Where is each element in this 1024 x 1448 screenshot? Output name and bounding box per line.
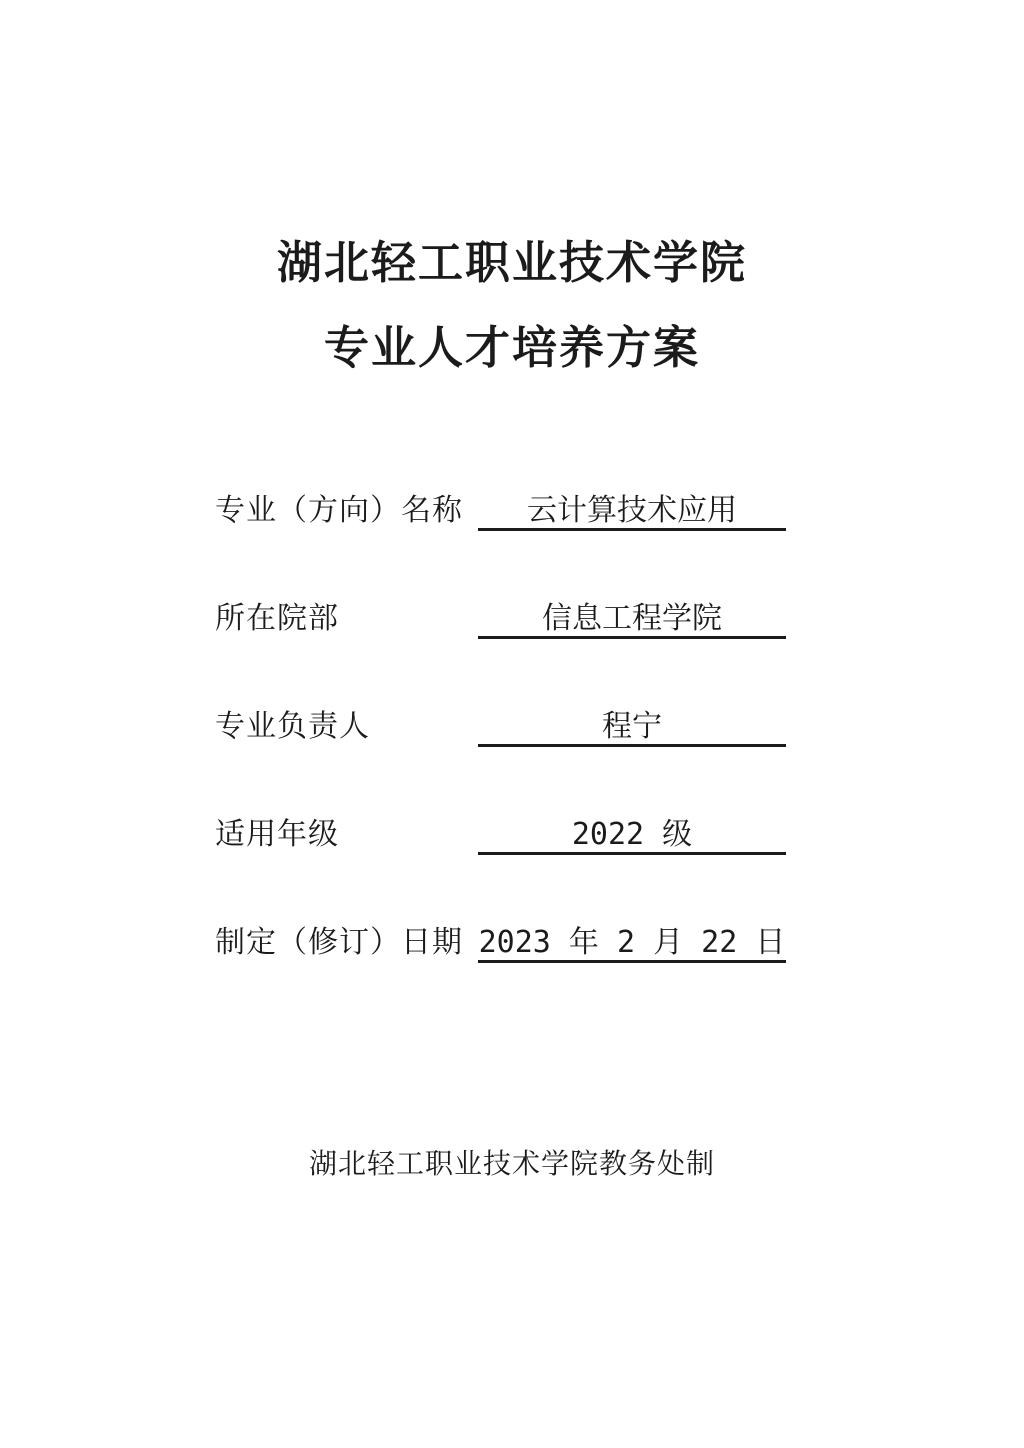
document-title-line-2: 专业人才培养方案 — [0, 311, 1024, 376]
field-row-department: 所在院部 信息工程学院 — [215, 602, 1024, 639]
field-label-major-name: 专业（方向）名称 — [215, 494, 463, 528]
field-row-applicable-grade: 适用年级 2022 级 — [215, 818, 1024, 855]
field-value-applicable-grade: 2022 级 — [478, 818, 786, 855]
field-label-revision-date: 制定（修订）日期 — [215, 926, 463, 960]
field-value-major-name: 云计算技术应用 — [478, 494, 786, 531]
document-title-line-1: 湖北轻工职业技术学院 — [0, 226, 1024, 291]
field-value-major-leader: 程宁 — [478, 710, 786, 747]
field-label-department: 所在院部 — [215, 602, 339, 636]
field-label-major-leader: 专业负责人 — [215, 710, 370, 744]
field-value-revision-date: 2023 年 2 月 22 日 — [478, 926, 786, 963]
field-value-department: 信息工程学院 — [478, 602, 786, 639]
document-page: 湖北轻工职业技术学院 专业人才培养方案 专业（方向）名称 云计算技术应用 所在院… — [0, 0, 1024, 1448]
field-label-applicable-grade: 适用年级 — [215, 818, 339, 852]
field-row-revision-date: 制定（修订）日期 2023 年 2 月 22 日 — [215, 926, 1024, 963]
field-row-major-leader: 专业负责人 程宁 — [215, 710, 1024, 747]
footer-issuer-text: 湖北轻工职业技术学院教务处制 — [0, 1142, 1024, 1182]
field-row-major-name: 专业（方向）名称 云计算技术应用 — [215, 494, 1024, 531]
